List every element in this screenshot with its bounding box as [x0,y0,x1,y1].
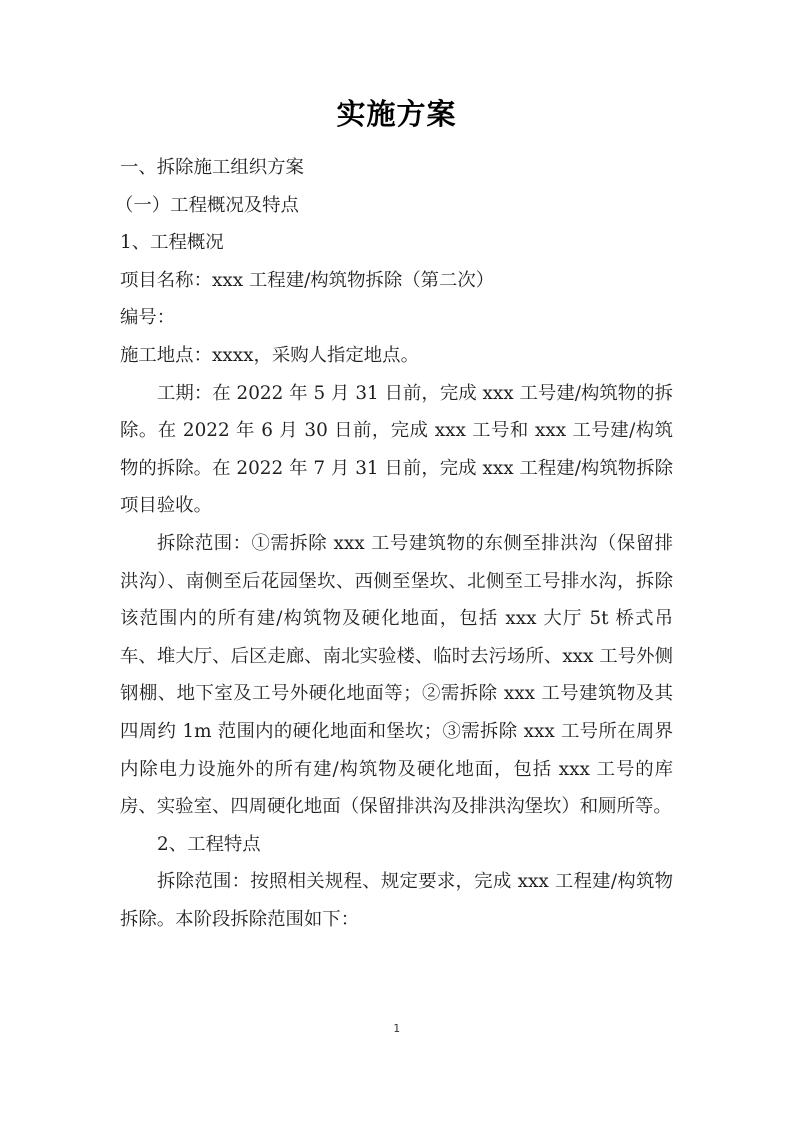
document-title: 实施方案 [0,94,793,134]
section-heading-project-features: 2、工程特点 [120,826,673,864]
section-heading-level2: （一）工程概况及特点 [115,187,673,225]
document-body: 一、拆除施工组织方案 （一）工程概况及特点 1、工程概况 项目名称：xxx 工程… [120,149,673,938]
schedule-paragraph: 工期：在 2022 年 5 月 31 日前，完成 xxx 工号建/构筑物的拆除。… [120,375,673,525]
document-page: 实施方案 一、拆除施工组织方案 （一）工程概况及特点 1、工程概况 项目名称：x… [0,0,793,1122]
page-number: 1 [0,1022,793,1035]
demolition-scope-summary-paragraph: 拆除范围：按照相关规程、规定要求，完成 xxx 工程建/构筑物拆除。本阶段拆除范… [120,863,673,938]
construction-site-paragraph: 施工地点：xxxx，采购人指定地点。 [120,337,673,375]
demolition-scope-paragraph: 拆除范围：①需拆除 xxx 工号建筑物的东侧至排洪沟（保留排洪沟）、南侧至后花园… [120,525,673,826]
serial-number-paragraph: 编号： [120,299,673,337]
section-heading-level1: 一、拆除施工组织方案 [120,149,673,187]
project-name-paragraph: 项目名称：xxx 工程建/构筑物拆除（第二次） [120,262,673,300]
section-heading-level3: 1、工程概况 [120,224,673,262]
